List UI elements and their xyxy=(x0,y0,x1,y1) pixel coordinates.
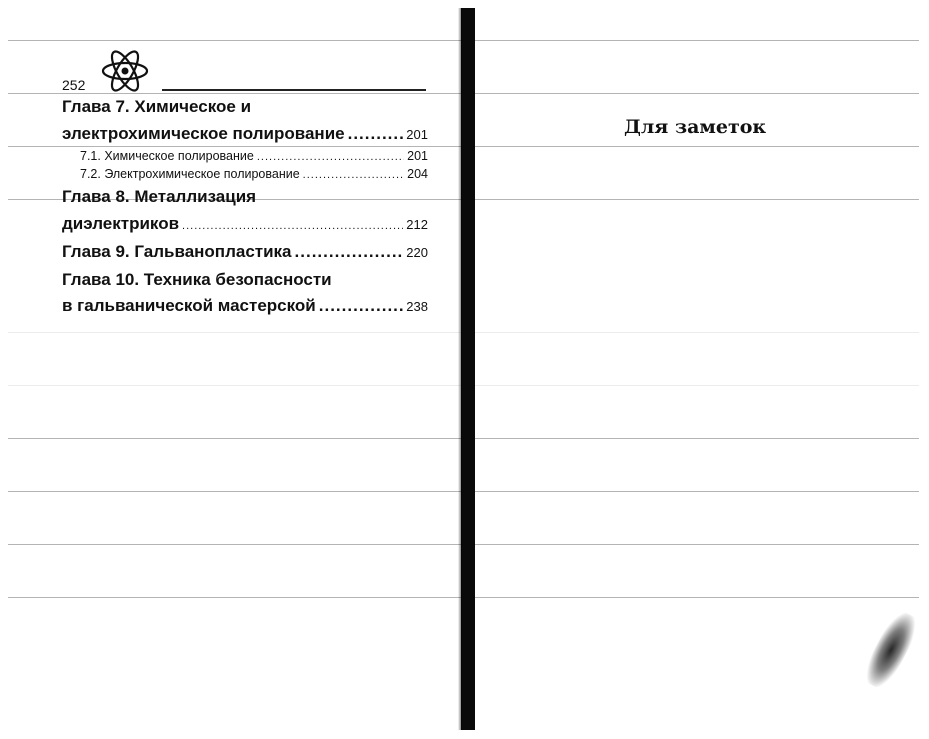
leader-dots xyxy=(303,167,404,184)
toc-chapter-7-line2: электрохимическое полирование xyxy=(62,121,345,148)
toc-chapter-10[interactable]: в гальванической мастерской 238 xyxy=(62,293,428,321)
toc-page: 204 xyxy=(407,166,428,183)
leader-dots xyxy=(295,239,404,266)
toc-chapter-8[interactable]: диэлектриков 212 xyxy=(62,211,428,240)
toc-page: 238 xyxy=(406,294,428,321)
page-number: 252 xyxy=(62,77,85,93)
toc-chapter-7[interactable]: электрохимическое полирование 201 xyxy=(62,121,428,149)
toc-chapter-7-line1: Глава 7. Химическое и xyxy=(62,94,428,121)
book-spine-shadow xyxy=(461,8,475,730)
scan-smudge xyxy=(859,608,923,693)
toc-page: 212 xyxy=(406,212,428,239)
toc-section-title: 7.1. Химическое полирование xyxy=(80,148,254,165)
header-rule xyxy=(162,89,426,91)
atom-icon xyxy=(100,50,150,92)
toc-chapter-10-line1: Глава 10. Техника безопасности xyxy=(62,267,428,294)
toc-section-title: 7.2. Электрохимическое полирование xyxy=(80,166,300,183)
notes-heading: Для заметок xyxy=(624,116,766,138)
toc-page: 201 xyxy=(407,148,428,165)
leader-dots xyxy=(182,213,403,240)
toc-chapter-9-title: Глава 9. Гальванопластика xyxy=(62,239,292,266)
table-of-contents: Глава 7. Химическое и электрохимическое … xyxy=(62,94,428,321)
toc-chapter-10-line2: в гальванической мастерской xyxy=(62,293,316,320)
toc-page: 201 xyxy=(406,122,428,149)
toc-chapter-8-line1: Глава 8. Металлизация xyxy=(62,184,428,211)
toc-chapter-9[interactable]: Глава 9. Гальванопластика 220 xyxy=(62,239,428,267)
toc-page: 220 xyxy=(406,240,428,267)
leader-dots xyxy=(348,121,404,148)
toc-section-7-2[interactable]: 7.2. Электрохимическое полирование 204 xyxy=(62,166,428,184)
toc-section-7-1[interactable]: 7.1. Химическое полирование 201 xyxy=(62,148,428,166)
leader-dots xyxy=(319,293,404,320)
toc-chapter-8-line2: диэлектриков xyxy=(62,211,179,238)
leader-dots xyxy=(257,149,404,166)
